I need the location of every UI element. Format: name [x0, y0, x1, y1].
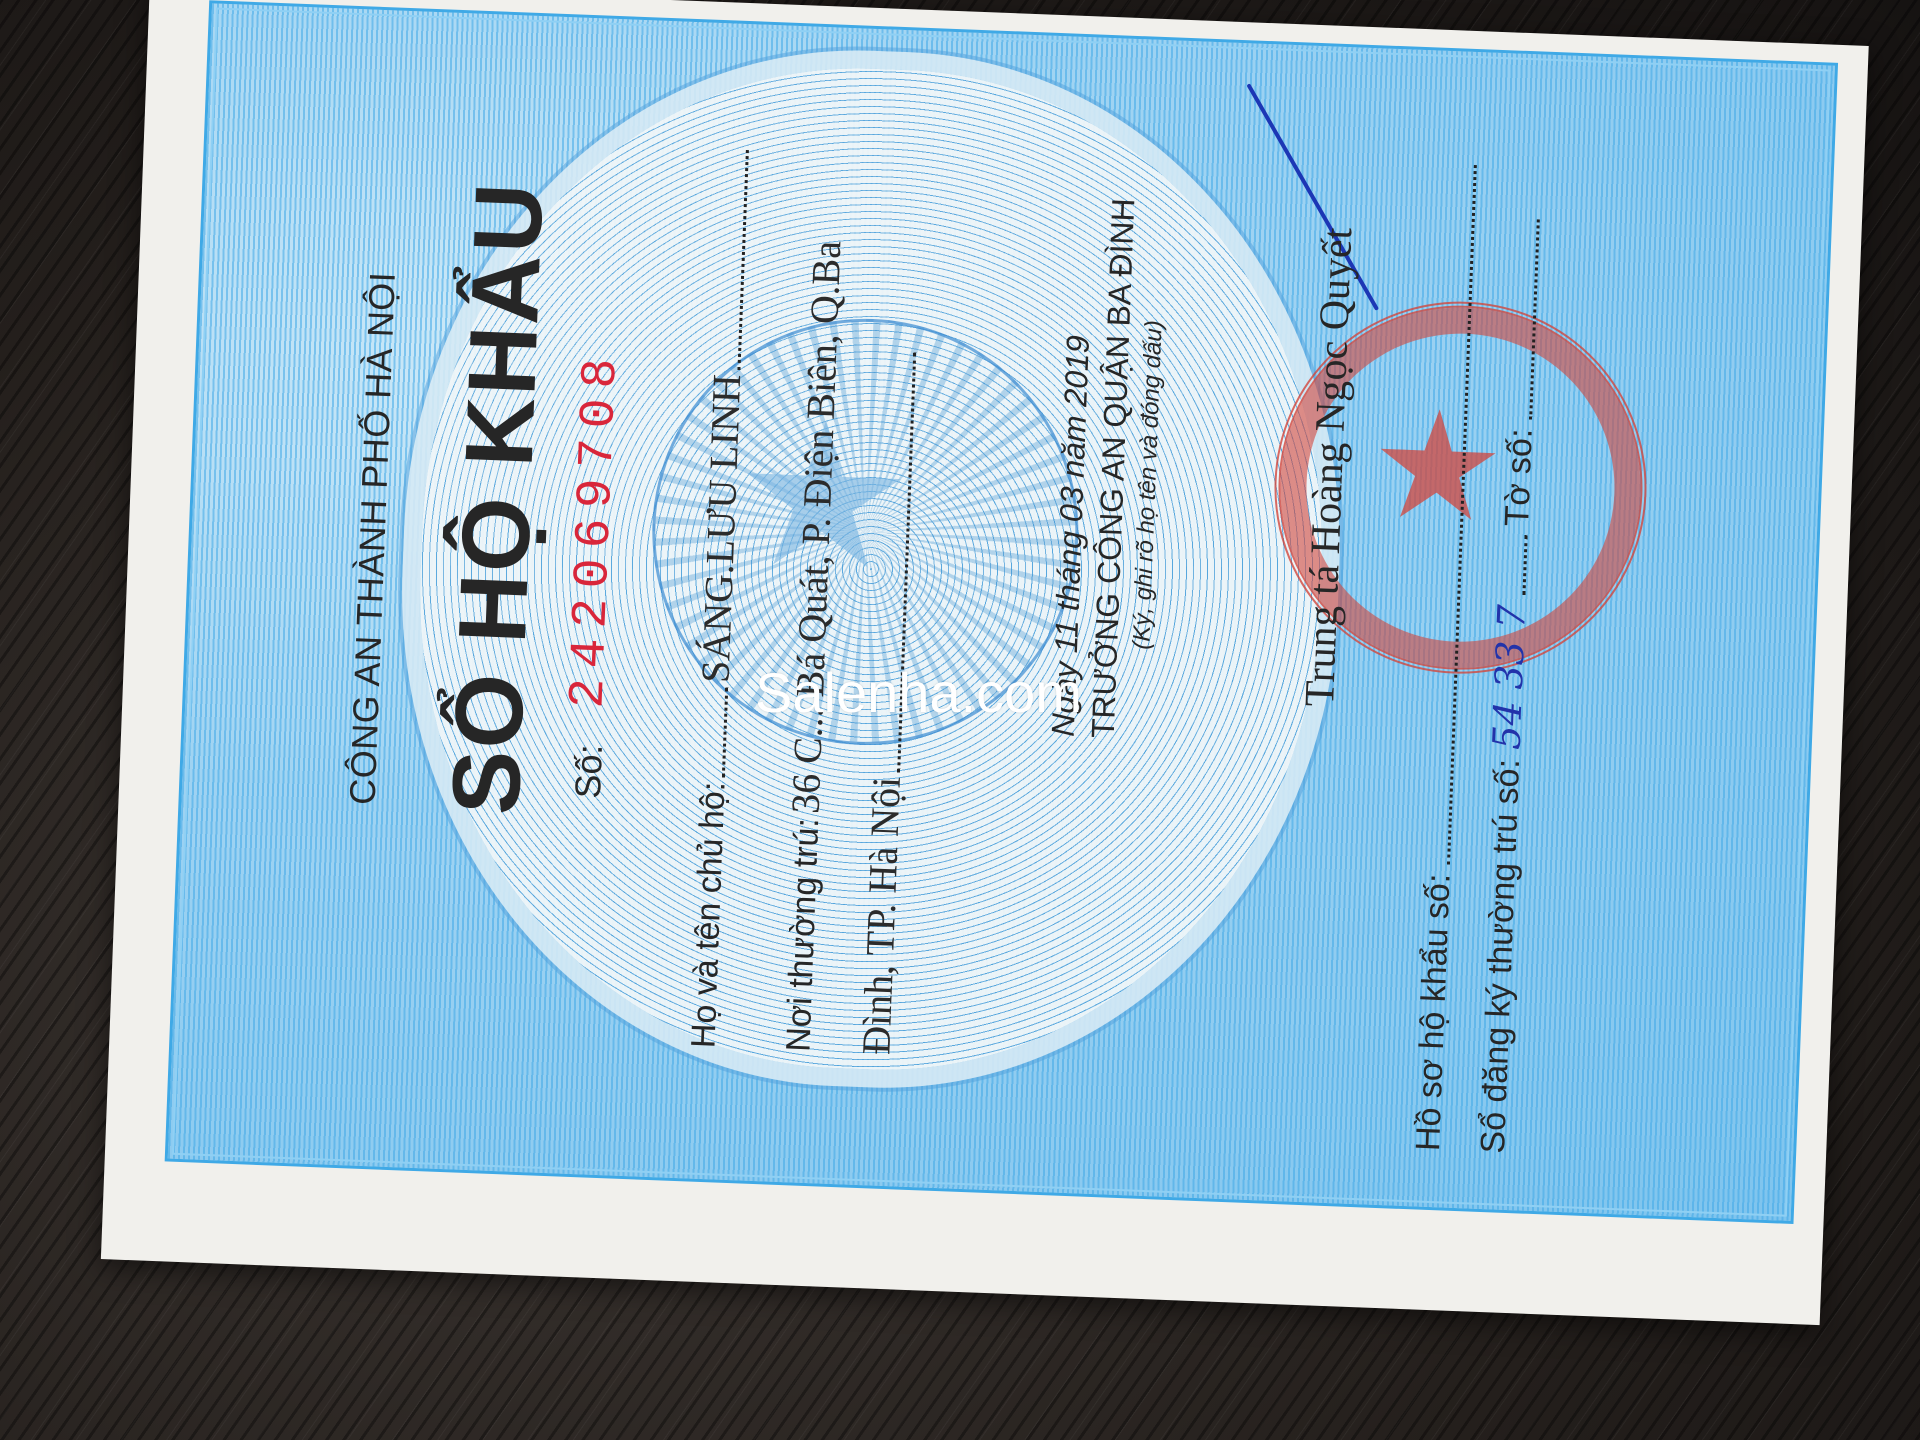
sheet-label: Tờ số:	[1498, 428, 1540, 527]
register-number: 54 33 7	[1484, 604, 1534, 751]
issuer-heading: CÔNG AN THÀNH PHỐ HÀ NỘI	[342, 271, 404, 806]
register-label: Sổ đăng ký thường trú số:	[1474, 758, 1527, 1154]
owner-label: Họ và tên chủ hộ:	[684, 781, 732, 1049]
residence-line-2: Đình, TP. Hà Nội	[853, 776, 909, 1056]
residence-label: Nơi thường trú:	[779, 817, 826, 1052]
security-pattern-panel: ★ ★ CÔNG AN THÀNH PHỐ HÀ NỘI SỔ HỘ KHẨU …	[165, 0, 1838, 1224]
file-label: Hồ sơ hộ khẩu số:	[1409, 873, 1458, 1152]
number-label: Số:	[567, 744, 611, 800]
chief-unit: QUẬN BA ĐÌNH	[1097, 198, 1142, 429]
watermark: Salenha.com	[755, 660, 1082, 725]
